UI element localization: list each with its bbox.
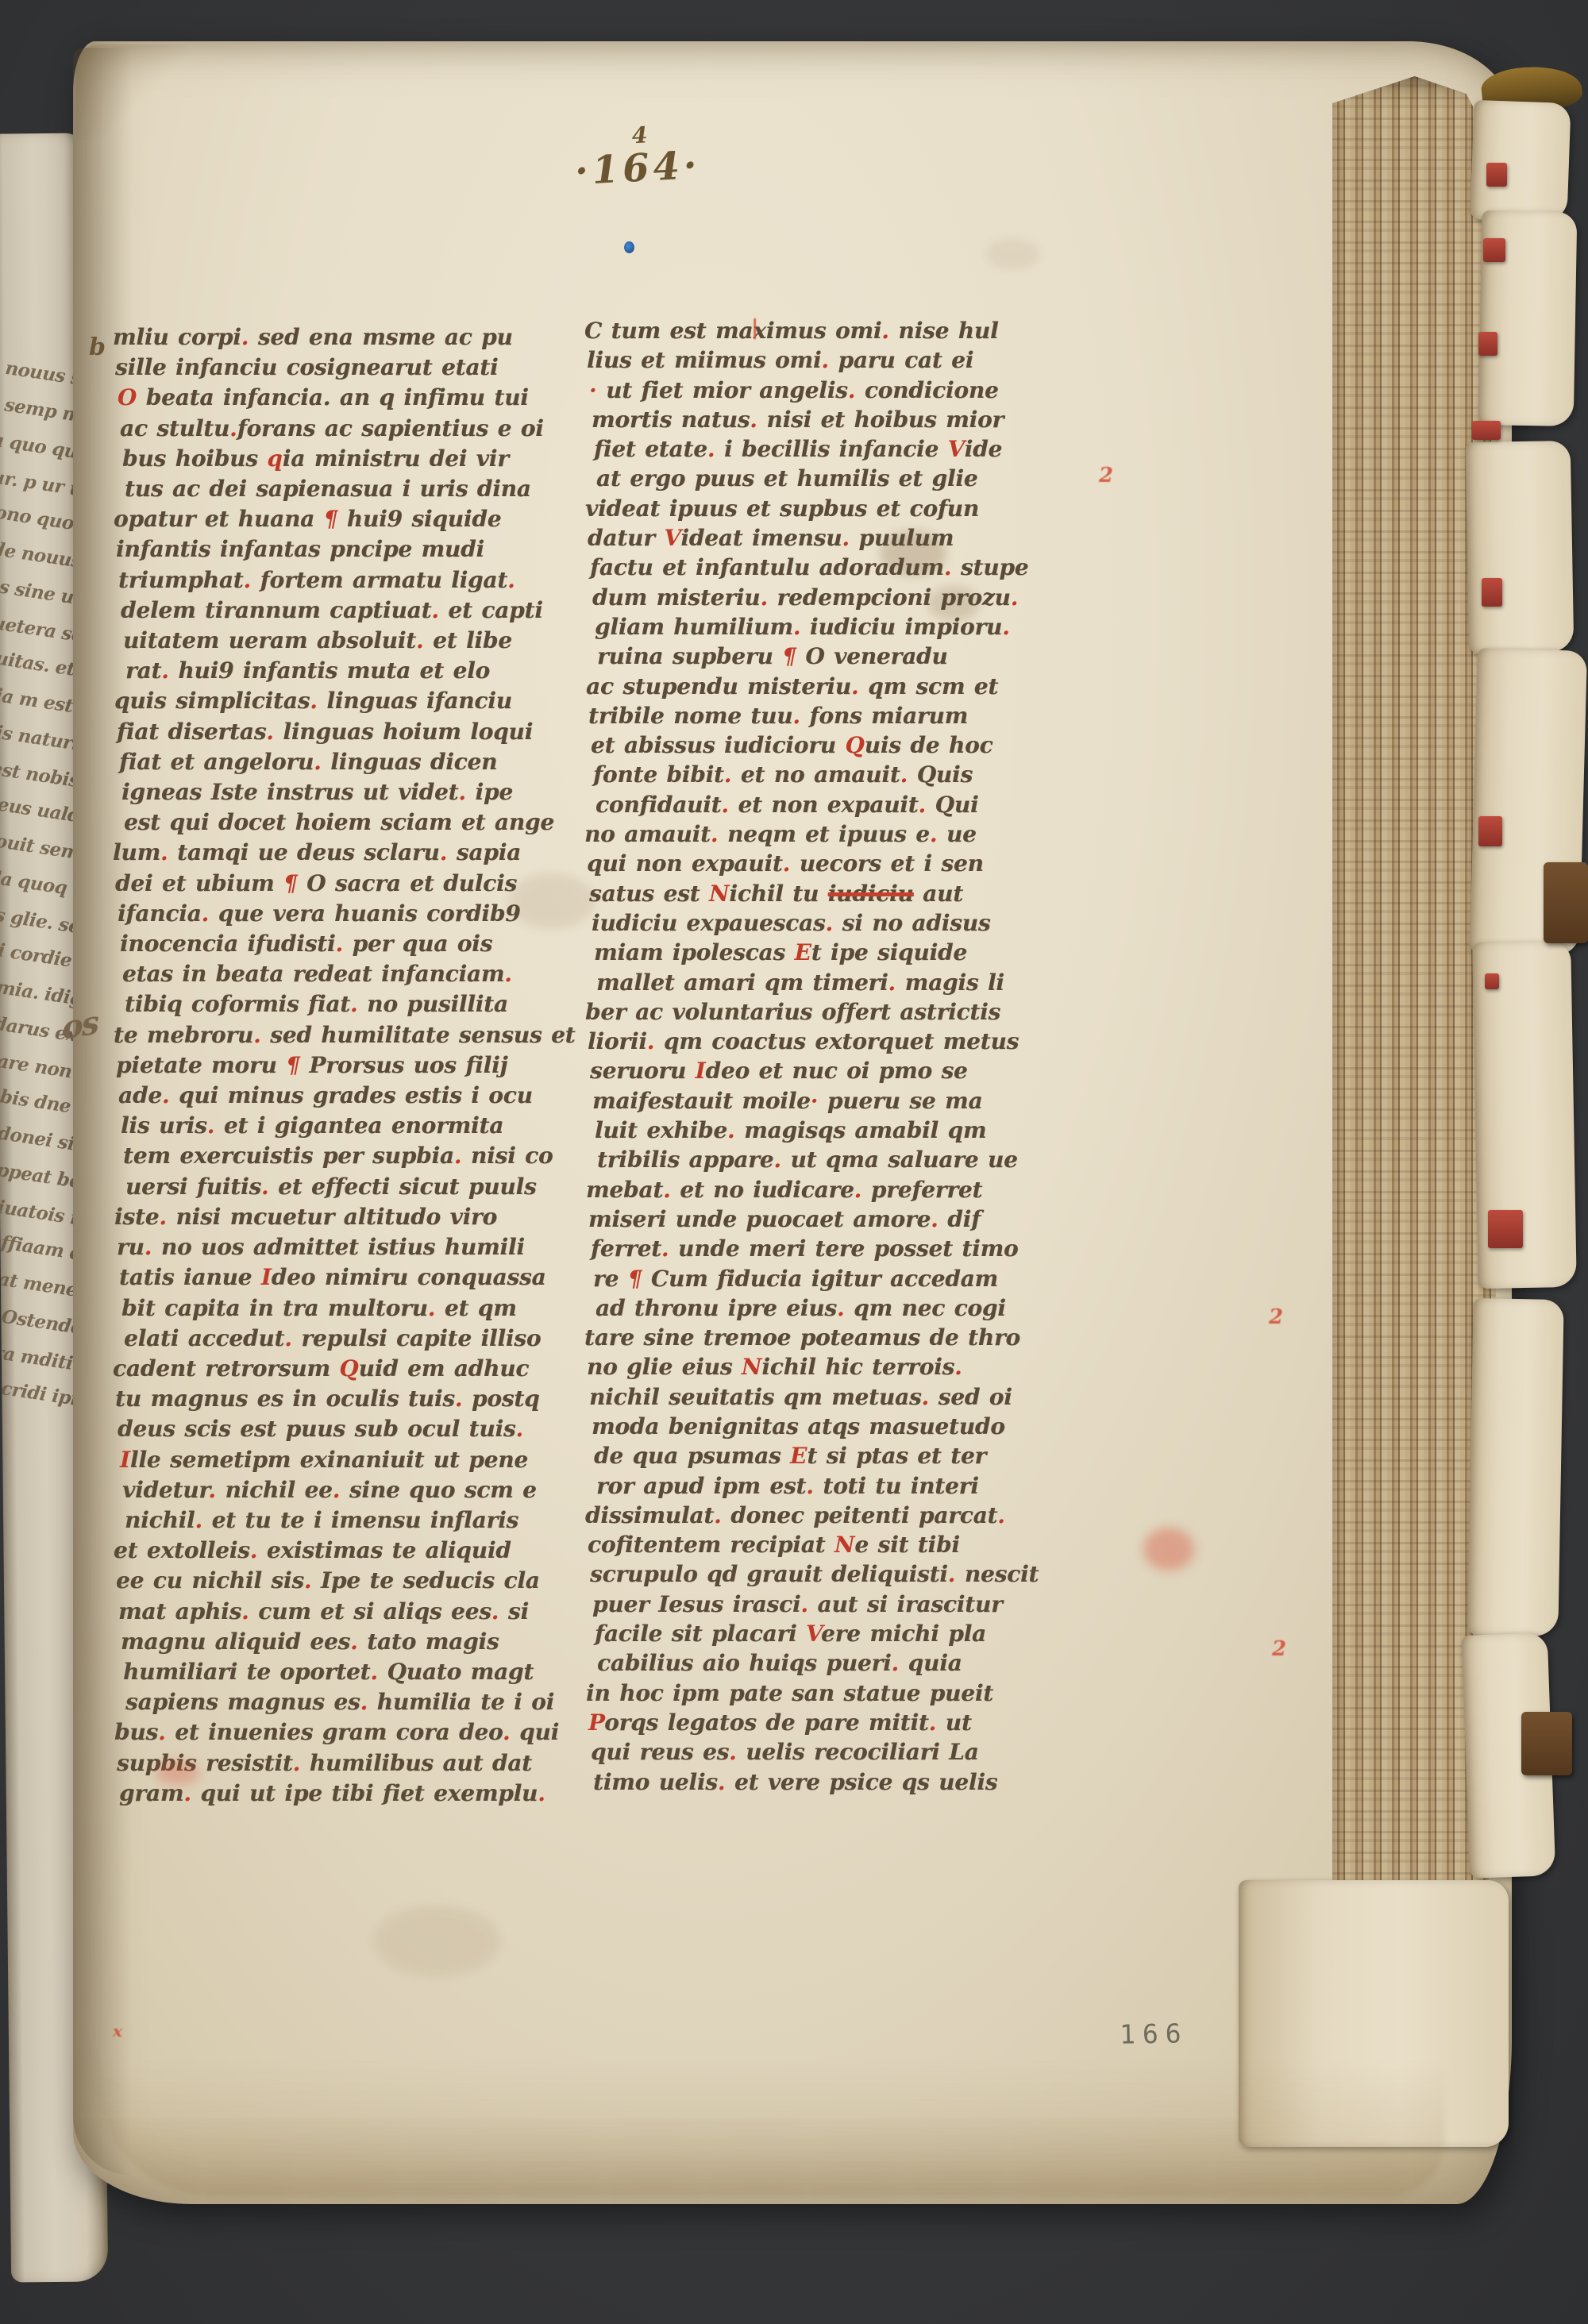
ink-segment: mat aphis — [118, 1598, 241, 1624]
ink-segment: lius et miimus omi — [587, 347, 821, 373]
ink-segment: scrupulo qd grauit deliquisti — [590, 1561, 948, 1587]
ink-segment: linguas hoium loqui — [274, 719, 533, 745]
text-line: lis uris. et i gigantea enormita — [121, 1111, 588, 1141]
ink-segment: et effecti sicut puuls — [269, 1174, 537, 1200]
text-line: confidauit. et non expauit. Qui — [595, 790, 1107, 819]
rubric-segment: . — [310, 688, 318, 714]
ink-segment: ideat imensu — [680, 525, 842, 551]
text-line: re ¶ Cum fiducia igitur accedam — [593, 1264, 1107, 1293]
rubric-segment: . — [284, 1325, 292, 1351]
rubric-segment: . — [721, 792, 729, 818]
text-line: maifestauit moile· pueru se ma — [592, 1086, 1107, 1116]
ink-segment: et vere psice qs uelis — [725, 1769, 997, 1795]
rubric-segment: . — [241, 324, 249, 350]
text-line: tatis ianue Ideo nimiru conquassa — [119, 1262, 588, 1293]
ink-segment: te mebroru — [114, 1022, 253, 1048]
ink-segment: mliu corpi — [113, 324, 241, 350]
ink-segment: ac stupendu misteriu — [586, 673, 851, 700]
ink-segment: Qui — [926, 792, 978, 818]
ink-segment: e sit tibi — [854, 1532, 959, 1558]
ink-segment: ferret — [591, 1235, 661, 1262]
rubric-segment: . — [159, 1204, 167, 1230]
ink-segment: confidauit — [595, 792, 721, 818]
text-line: nichil seuitatis qm metuas. sed oi — [589, 1382, 1107, 1412]
ink-segment: Cum fiducia igitur accedam — [642, 1266, 998, 1292]
ink-segment: qui non expauit — [587, 850, 783, 877]
ink-segment: uid em adhuc — [359, 1355, 530, 1382]
ink-segment: deo et nuc oi pmo se — [706, 1058, 968, 1084]
rubric-segment: . — [718, 1769, 726, 1795]
ink-segment: seruoru — [590, 1058, 696, 1084]
ink-segment: sed oi — [929, 1384, 1012, 1410]
text-line: igneas Iste instrus ut videt. ipe — [121, 777, 588, 807]
ink-segment: lis uris — [121, 1112, 207, 1139]
ink-segment: ade — [118, 1082, 162, 1108]
ink-segment: neqm et ipuus e — [718, 821, 929, 847]
ink-segment: mallet amari qm timeri — [596, 969, 888, 996]
ink-segment: quia — [899, 1650, 962, 1676]
rubric-segment: . — [491, 1598, 499, 1624]
rubric-segment: O — [118, 384, 137, 410]
rubric-segment: . — [161, 657, 169, 684]
text-line: ru. no uos admittet istius humili — [117, 1232, 588, 1262]
rubric-segment: . — [314, 749, 322, 775]
ink-segment: ichil hic terrois — [761, 1354, 954, 1380]
rubric-segment: . — [158, 1719, 166, 1745]
rubric-segment: . — [842, 525, 850, 551]
text-line: nichil. et tu te i imensu inflaris — [125, 1505, 588, 1536]
rubric-segment: . — [428, 1295, 436, 1321]
text-line: facile sit placari Vere michi pla — [595, 1619, 1107, 1648]
ink-segment: qui — [511, 1719, 560, 1745]
ink-segment: ut fiet mior angelis — [597, 377, 848, 403]
text-line: de qua psumas Et si ptas et ter — [594, 1441, 1107, 1470]
red-crayon-mark: x — [113, 2021, 122, 2041]
ink-segment: puer Iesus irasci — [592, 1591, 800, 1617]
text-line: pietate moru ¶ Prorsus uos filij — [116, 1050, 588, 1081]
rubric-segment: . — [750, 407, 757, 433]
ink-segment: et extolleis — [114, 1537, 250, 1563]
bottom-edge-tint — [95, 2061, 1445, 2196]
text-line: bus. et inuenies gram cora deo. qui — [114, 1717, 588, 1748]
rubric-segment: . — [293, 1750, 301, 1776]
ink-segment: moda benignitas atqs masuetudo — [592, 1413, 1005, 1439]
ink-segment: qm nec cogi — [845, 1295, 1006, 1321]
folio-number-text: ·164· — [574, 143, 702, 194]
ink-segment: tatis ianue — [119, 1264, 261, 1290]
quire-letter: b — [89, 333, 106, 361]
ink-segment: uecors et i sen — [790, 850, 984, 877]
rubric-segment: . — [881, 318, 889, 344]
fore-edge-tab-red — [1488, 1210, 1523, 1248]
rubric-segment: E — [790, 1443, 807, 1469]
text-line: iste. nisi mcuetur altitudo viro — [114, 1202, 588, 1232]
text-line: rat. hui9 infantis muta et elo — [125, 656, 588, 686]
ink-segment: dif — [939, 1206, 981, 1232]
rubric-segment: ¶ — [283, 870, 306, 896]
ink-segment: lum — [113, 839, 160, 865]
ink-segment: et no iudicare — [671, 1177, 854, 1203]
ink-segment: re — [593, 1266, 628, 1292]
ink-segment: opatur et huana — [114, 506, 324, 532]
rubric-segment: . — [931, 1206, 939, 1232]
text-line: tare sine tremoe poteamus de thro — [584, 1323, 1107, 1352]
ink-segment: bit capita in tra multoru — [121, 1295, 428, 1321]
text-line: at ergo puus et humilis et glie — [596, 464, 1107, 493]
ink-segment: orqs legatos de pare mitit — [604, 1709, 929, 1736]
ink-segment: de qua psumas — [594, 1443, 790, 1469]
text-line: deus scis est puus sub ocul tuis. — [118, 1414, 588, 1444]
ink-segment: et non expauit — [729, 792, 919, 818]
text-line: fiat et angeloru. linguas dicen — [119, 747, 588, 777]
ink-segment: est qui docet hoiem sciam et ange — [124, 809, 554, 835]
rubric-segment: . — [929, 1709, 937, 1736]
text-line: quis simplicitas. linguas ifanciu — [114, 686, 588, 716]
text-line: tus ac dei sapienasua i uris dina — [125, 474, 588, 504]
rubric-segment: . — [160, 839, 168, 865]
ink-segment: nisi et hoibus mior — [757, 407, 1004, 433]
text-line: factu et infantulu adoradum. stupe — [590, 553, 1107, 582]
rubric-segment: . — [954, 1354, 962, 1380]
rubric-segment: . — [195, 1507, 202, 1533]
ink-segment: satus est — [589, 881, 709, 907]
text-line: ferret. unde meri tere posset timo — [591, 1234, 1107, 1263]
fore-edge-tab-red — [1472, 421, 1501, 440]
text-line: te mebroru. sed humilitate sensus et — [114, 1020, 588, 1050]
ink-segment: ide — [965, 436, 1002, 462]
rubric-segment: . — [793, 614, 801, 640]
fore-edge-leaf — [1466, 441, 1575, 653]
rubric-segment: . — [773, 1147, 781, 1173]
ink-segment: nisi mcuetur altitudo viro — [167, 1204, 497, 1230]
text-line: delem tirannum captiuat. et capti — [121, 595, 588, 626]
rubric-segment: . — [335, 931, 343, 957]
rubric-segment: . — [760, 584, 768, 611]
ink-segment: et i gigantea enormita — [214, 1112, 503, 1139]
ink-segment: preferret — [861, 1177, 982, 1203]
ink-segment: fortem armatu ligat — [251, 567, 507, 593]
ink-segment: si — [499, 1598, 529, 1624]
text-line: no glie eius Nichil hic terrois. — [587, 1352, 1107, 1382]
text-line: mortis natus. nisi et hoibus mior — [592, 405, 1107, 434]
ink-segment: iudiciu impioru — [800, 614, 1002, 640]
stamp-page-number: 166 — [1120, 2018, 1189, 2050]
ink-segment: aut si irascitur — [808, 1591, 1003, 1617]
ink-segment: pietate moru — [116, 1052, 286, 1078]
photo-background: m nouus suse semp moa a quo quqatur. p u… — [0, 0, 1588, 2324]
ink-segment: no pusillita — [358, 991, 508, 1017]
ink-segment: datur — [588, 525, 664, 551]
ink-segment: linguas dicen — [322, 749, 498, 775]
ink-segment: unde meri tere posset timo — [669, 1235, 1018, 1262]
rubric-segment: . — [922, 1384, 930, 1410]
ink-segment: repulsi capite illiso — [292, 1325, 542, 1351]
ink-segment: uitatem ueram absoluit — [123, 627, 416, 653]
ink-segment: cum et si aliqs ees — [249, 1598, 491, 1624]
ink-segment: maifestauit moile — [592, 1088, 811, 1114]
red-smudge — [156, 1761, 200, 1785]
ink-segment: deus scis est puus sub ocul tuis — [118, 1416, 516, 1442]
text-line: sapiens magnus es. humilia te i oi — [125, 1687, 588, 1717]
ink-segment: Quato magt — [378, 1659, 534, 1685]
ink-segment: uersi fuitis — [125, 1174, 261, 1200]
rubric-segment: . — [851, 673, 859, 700]
text-column-right: C tum est maximus omi. nise hullius et m… — [591, 316, 1107, 1797]
ink-segment: timo uelis — [593, 1769, 718, 1795]
ink-segment: ipe — [466, 779, 513, 805]
ink-segment: ber ac voluntarius offert astrictis — [585, 999, 1000, 1025]
text-line: iudiciu expauescas. si no adisus — [592, 908, 1107, 938]
ink-segment: ut — [936, 1709, 971, 1736]
folio-correction: 4 — [631, 121, 648, 148]
rubric-segment: . — [888, 969, 896, 996]
rubric-segment: . — [440, 839, 448, 865]
text-line: fonte bibit. et no amauit. Quis — [593, 760, 1107, 789]
rubric-segment: E — [795, 939, 811, 965]
rubric-segment: I — [120, 1447, 130, 1473]
ink-segment: humilibus aut dat — [300, 1750, 532, 1776]
ink-segment: tato magis — [358, 1628, 499, 1655]
rubric-segment: . — [900, 761, 908, 788]
text-line: et extolleis. existimas te aliquid — [114, 1536, 588, 1566]
ink-segment: Prorsus uos filij — [300, 1052, 508, 1078]
text-line: opatur et huana ¶ hui9 siquide — [114, 504, 588, 534]
rubric-segment: . — [538, 1780, 545, 1806]
ink-segment: et no amauit — [731, 761, 900, 788]
text-line: mebat. et no iudicare. preferret — [586, 1175, 1107, 1204]
rubric-segment: . — [783, 850, 791, 877]
fore-edge-tab-red — [1483, 238, 1505, 262]
rubric-segment: . — [162, 1082, 170, 1108]
text-line: ac stupendu misteriu. qm scm et — [586, 672, 1107, 701]
red-crayon-mark: 2 — [1269, 1305, 1283, 1329]
ink-segment: magisqs amabil qm — [735, 1117, 987, 1143]
ink-segment: O veneradu — [805, 643, 947, 669]
rubric-segment: . — [919, 792, 927, 818]
blue-ink-dot — [624, 241, 634, 253]
rubric-segment: · — [811, 1088, 819, 1114]
ink-segment: redempcioni prozu — [768, 584, 1011, 611]
rubric-segment: . — [261, 1174, 269, 1200]
rubric-segment: Q — [845, 732, 864, 758]
rubric-segment: I — [261, 1264, 272, 1290]
fore-edge-tab-leather — [1544, 862, 1588, 943]
rubric-segment: . — [930, 821, 938, 847]
rubric-segment: . — [253, 1022, 261, 1048]
ink-segment: si no adisus — [833, 910, 990, 936]
ink-segment: ut qma saluare ue — [781, 1147, 1018, 1173]
text-line: et abissus iudicioru Quis de hoc — [591, 730, 1107, 760]
text-line: liorii. qm coactus extorquet metus — [588, 1027, 1107, 1056]
rubric-segment: ¶ — [782, 643, 805, 669]
parchment-stain — [985, 238, 1040, 270]
rubric-segment: . — [729, 1739, 737, 1765]
rubric-segment: . — [1002, 614, 1010, 640]
text-line: cofitentem recipiat Ne sit tibi — [588, 1530, 1107, 1559]
rubric-segment: . — [663, 1177, 671, 1203]
ink-segment: tibiq coformis fiat — [125, 991, 350, 1017]
ink-segment: Ipe te seducis cla — [311, 1567, 539, 1594]
ink-segment: sille infanciu cosignearut etati — [115, 354, 498, 380]
text-line: moda benignitas atqs masuetudo — [592, 1412, 1107, 1441]
ink-segment: no uos admittet istius humili — [152, 1234, 525, 1260]
ink-segment: tribilis appare — [597, 1147, 773, 1173]
text-line: magnu aliquid ees. tato magis — [121, 1627, 588, 1657]
ink-segment: tare sine tremoe poteamus de thro — [584, 1324, 1020, 1351]
ink-segment: mebat — [586, 1177, 663, 1203]
ink-segment: qui reus es — [591, 1739, 729, 1765]
ink-segment: elati accedut — [124, 1325, 284, 1351]
rubric-segment: . — [244, 567, 252, 593]
ink-segment: aut — [914, 881, 963, 907]
ink-segment: sapiens magnus es — [125, 1689, 360, 1715]
text-line: etas in beata redeat infanciam. — [122, 959, 588, 989]
ink-segment: magnu aliquid ees — [121, 1628, 350, 1655]
rubric-segment: . — [711, 821, 719, 847]
rubric-segment: . — [997, 1502, 1005, 1528]
text-line: fiat disertas. linguas hoium loqui — [117, 717, 588, 747]
text-line: Porqs legatos de pare mitit. ut — [588, 1708, 1107, 1737]
ink-segment: luit exhibe — [595, 1117, 727, 1143]
ink-segment: tribile nome tuu — [588, 703, 792, 729]
fore-edge-tab-leather — [1521, 1712, 1572, 1775]
ink-segment: bus — [114, 1719, 158, 1745]
text-line: qui reus es. uelis recociliari La — [591, 1737, 1107, 1767]
ink-segment: que vera huanis cordib9 — [209, 900, 520, 927]
rubric-segment: . — [207, 1112, 215, 1139]
ink-segment: toti tu interi — [814, 1473, 979, 1499]
text-line: elati accedut. repulsi capite illiso — [124, 1324, 588, 1354]
ink-segment: forans ac sapientius e oi — [237, 415, 544, 441]
ink-segment: liorii — [588, 1028, 647, 1054]
folio-number: ·164· 4 — [574, 143, 702, 194]
ink-segment: beata infancia. an q infimu tui — [137, 384, 528, 410]
ink-segment: i becillis infancie — [715, 436, 947, 462]
ink-segment: factu et infantulu adoradum — [590, 554, 944, 580]
ink-segment: sine quo scm e — [340, 1477, 536, 1503]
ink-segment: iste — [114, 1204, 159, 1230]
text-line: qui non expauit. uecors et i sen — [587, 849, 1107, 878]
rubric-segment: ¶ — [628, 1266, 642, 1292]
ink-segment: qm coactus extorquet metus — [654, 1028, 1019, 1054]
text-line: mallet amari qm timeri. magis li — [596, 968, 1107, 997]
rubric-segment: · — [589, 377, 597, 403]
ink-segment: nise hul — [889, 318, 999, 344]
text-line: tribilis appare. ut qma saluare ue — [597, 1145, 1107, 1174]
margin-note: os — [62, 1004, 98, 1047]
ink-segment: donec peitenti parcat — [722, 1502, 998, 1528]
red-smudge — [1143, 1528, 1194, 1571]
ink-segment: videtur — [122, 1477, 208, 1503]
ink-segment: postq — [462, 1386, 539, 1412]
ink-segment: etas in beata redeat infanciam — [122, 961, 504, 987]
fore-edge-tab-red — [1486, 163, 1507, 187]
text-line: satus est Nichil tu iudiciu aut — [589, 879, 1107, 908]
ink-segment: hui9 siquide — [337, 506, 501, 532]
rubric-segment: q — [267, 445, 282, 472]
text-line: est qui docet hoiem sciam et ange — [124, 807, 588, 838]
text-line: sille infanciu cosignearut etati — [115, 353, 588, 383]
rubric-segment: . — [503, 1719, 511, 1745]
ink-segment: qui minus grades estis i ocu — [170, 1082, 533, 1108]
ink-segment: ad thronu ipre eius — [595, 1295, 837, 1321]
rubric-segment: . — [707, 436, 715, 462]
text-line: mat aphis. cum et si aliqs ees. si — [118, 1597, 588, 1627]
ink-segment: fiat disertas — [117, 719, 266, 745]
ink-segment: ruina supberu — [597, 643, 782, 669]
ink-segment: rat — [125, 657, 161, 684]
rubric-segment: . — [727, 1117, 735, 1143]
rubric-segment: . — [504, 961, 512, 987]
text-line: dum misteriu. redempcioni prozu. — [592, 583, 1107, 612]
rubric-segment: N — [742, 1354, 761, 1380]
ink-segment: nichil ee — [216, 1477, 333, 1503]
ink-segment: qui ut ipe tibi fiet exemplu — [191, 1780, 538, 1806]
ink-segment: et tu te i imensu inflaris — [202, 1507, 518, 1533]
rubric-segment: . — [431, 597, 439, 623]
text-line: ber ac voluntarius offert astrictis — [585, 997, 1107, 1027]
ink-segment: iudiciu expauescas — [592, 910, 826, 936]
rubric-segment: . — [1011, 584, 1019, 611]
rubric-segment: . — [837, 1295, 845, 1321]
fore-edge-tab-red — [1478, 332, 1497, 356]
ink-segment: quis simplicitas — [114, 688, 310, 714]
ink-segment: per qua ois — [343, 931, 492, 957]
ink-segment: nisi co — [461, 1143, 553, 1169]
rubric-segment: . — [241, 1598, 249, 1624]
rubric-segment: I — [696, 1058, 706, 1084]
ink-segment: sed ena msme ac pu — [249, 324, 512, 350]
text-line: ee cu nichil sis. Ipe te seducis cla — [116, 1566, 588, 1596]
text-line: luit exhibe. magisqs amabil qm — [595, 1116, 1107, 1145]
rubric-segment: . — [416, 627, 424, 653]
text-line: cadent retrorsum Quid em adhuc — [113, 1354, 588, 1384]
ink-segment: hui9 infantis muta et elo — [169, 657, 490, 684]
ink-segment: dei et ubium — [115, 870, 283, 896]
text-line: uitatem ueram absoluit. et libe — [123, 626, 588, 656]
rubric-segment: ¶ — [324, 506, 338, 532]
ink-segment: miam ipolescas — [594, 939, 795, 965]
rubric-segment: . — [208, 1477, 216, 1503]
rubric-segment: . — [944, 554, 952, 580]
ink-segment: bus hoibus — [122, 445, 267, 472]
fore-edge-leaf — [1470, 100, 1571, 222]
text-line: tem exercuistis per supbia. nisi co — [123, 1141, 588, 1171]
text-line: videat ipuus et supbus et cofun — [585, 494, 1107, 523]
ink-segment: videat ipuus et supbus et cofun — [585, 495, 979, 522]
ink-segment: O sacra et dulcis — [306, 870, 517, 896]
text-line: in hoc ipm pate san statue pueit — [586, 1678, 1107, 1708]
ink-segment: t si ptas et ter — [807, 1443, 986, 1469]
ink-segment: delem tirannum captiuat — [121, 597, 431, 623]
ink-segment: gliam humilium — [595, 614, 793, 640]
rubric-segment: . — [266, 719, 274, 745]
ink-segment: ac stultu — [120, 415, 229, 441]
rubric-segment: . — [800, 1591, 808, 1617]
red-crayon-mark: | — [751, 316, 758, 340]
text-line: miam ipolescas Et ipe siquide — [594, 938, 1107, 967]
ink-segment: cabilius aio huiqs pueri — [597, 1650, 892, 1676]
ink-segment: et capti — [439, 597, 543, 623]
text-line: miseri unde puocaet amore. dif — [588, 1204, 1107, 1234]
ink-segment: igneas Iste instrus ut videt — [121, 779, 458, 805]
rubric-segment: . — [350, 991, 358, 1017]
ink-segment: ror apud ipm est — [596, 1473, 806, 1499]
rubric-segment: . — [854, 1177, 862, 1203]
text-line: timo uelis. et vere psice qs uelis — [593, 1767, 1107, 1797]
text-line: datur Videat imensu. puulum — [588, 523, 1107, 553]
ink-segment: tus ac dei sapienasua i uris dina — [125, 476, 531, 502]
